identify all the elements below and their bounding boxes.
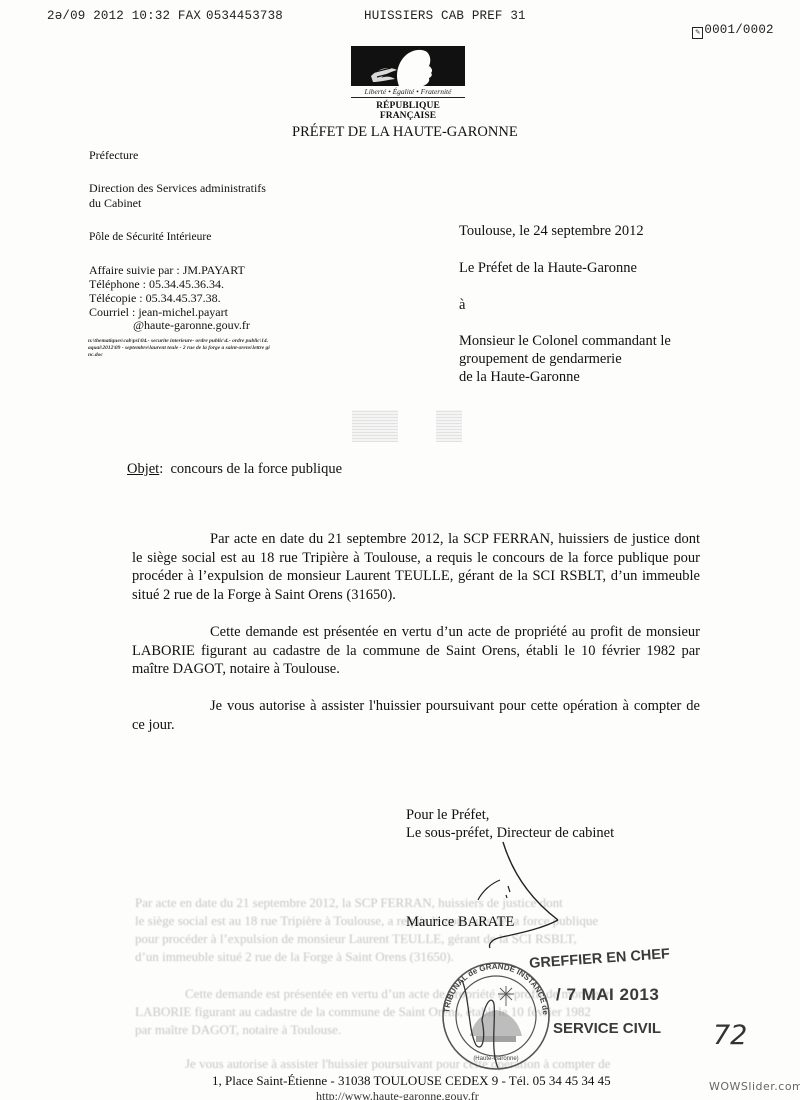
republic-name: RÉPUBLIQUE FRANÇAISE bbox=[351, 101, 465, 121]
signatory-name: Maurice BARATE bbox=[406, 913, 514, 931]
handwritten-signature-icon bbox=[440, 840, 570, 950]
court-seal-icon: TRIBUNAL de GRANDE INSTANCE de TOULOUSE … bbox=[440, 960, 552, 1072]
to-prefix: à bbox=[459, 296, 465, 314]
fax-sender: HUISSIERS CAB PREF 31 bbox=[364, 9, 526, 23]
bleed-through-text: par maître DAGOT, notaire à Toulouse. bbox=[135, 1022, 341, 1038]
republique-francaise-logo: Liberté • Égalité • Fraternité RÉPUBLIQU… bbox=[351, 46, 465, 114]
republic-motto: Liberté • Égalité • Fraternité bbox=[351, 87, 465, 98]
bleed-through-text: d’un immeuble situé 2 rue de la Forge à … bbox=[135, 949, 454, 965]
fax-number: 0534453738 bbox=[206, 9, 283, 23]
direction-line2: du Cabinet bbox=[89, 196, 141, 211]
scan-artifact bbox=[352, 410, 398, 442]
handwritten-page-number: 72 bbox=[713, 1020, 747, 1051]
body-paragraph-2: Cette demande est présentée en vertu d’u… bbox=[132, 623, 700, 679]
office-label: Préfecture bbox=[89, 148, 138, 163]
fax-datetime: 2ǝ/09 2012 10:32 FAX bbox=[47, 9, 201, 23]
fax-page-icon: ✎ bbox=[692, 27, 703, 39]
scan-artifact bbox=[436, 410, 462, 442]
watermark: WOWSlider.com bbox=[709, 1080, 800, 1093]
recipient-line2: groupement de gendarmerie bbox=[459, 350, 622, 368]
recipient-line1: Monsieur le Colonel commandant le bbox=[459, 332, 671, 350]
footer-url: http://www.haute-garonne.gouv.fr bbox=[316, 1089, 479, 1100]
telephone: Téléphone : 05.34.45.36.34. bbox=[89, 277, 224, 292]
file-reference-path: n:\thematiques\cab\psi\04.- securite int… bbox=[88, 338, 278, 359]
subject-label: Objet bbox=[127, 461, 159, 477]
subject-text: concours de la force publique bbox=[171, 461, 343, 477]
issuer-title: PRÉFET DE LA HAUTE-GARONNE bbox=[292, 124, 518, 141]
recipient-line3: de la Haute-Garonne bbox=[459, 368, 580, 386]
stamp-service: SERVICE CIVIL bbox=[553, 1020, 661, 1037]
footer-address: 1, Place Saint-Étienne - 31038 TOULOUSE … bbox=[212, 1073, 611, 1089]
sender-title: Le Préfet de la Haute-Garonne bbox=[459, 259, 637, 277]
telecopie: Télécopie : 05.34.45.37.38. bbox=[89, 291, 221, 306]
signature-line1: Pour le Préfet, bbox=[406, 806, 489, 824]
fax-page-count: ✎0001/0002 bbox=[677, 9, 774, 38]
courriel-line2: @haute-garonne.gouv.fr bbox=[133, 318, 250, 333]
marianne-logo-icon bbox=[351, 46, 465, 86]
place-date: Toulouse, le 24 septembre 2012 bbox=[459, 222, 644, 240]
pole-label: Pôle de Sécurité Intérieure bbox=[89, 230, 211, 245]
affaire-contact: Affaire suivie par : JM.PAYART bbox=[89, 263, 245, 278]
direction-line1: Direction des Services administratifs bbox=[89, 181, 266, 196]
body-paragraph-3: Je vous autorise à assister l'huissier p… bbox=[132, 697, 700, 734]
body-paragraph-1: Par acte en date du 21 septembre 2012, l… bbox=[132, 530, 700, 604]
stamp-date: / 7 MAI 2013 bbox=[556, 985, 659, 1005]
fax-pages: 0001/0002 bbox=[704, 23, 773, 37]
subject-line: Objet: concours de la force publique bbox=[127, 461, 342, 478]
